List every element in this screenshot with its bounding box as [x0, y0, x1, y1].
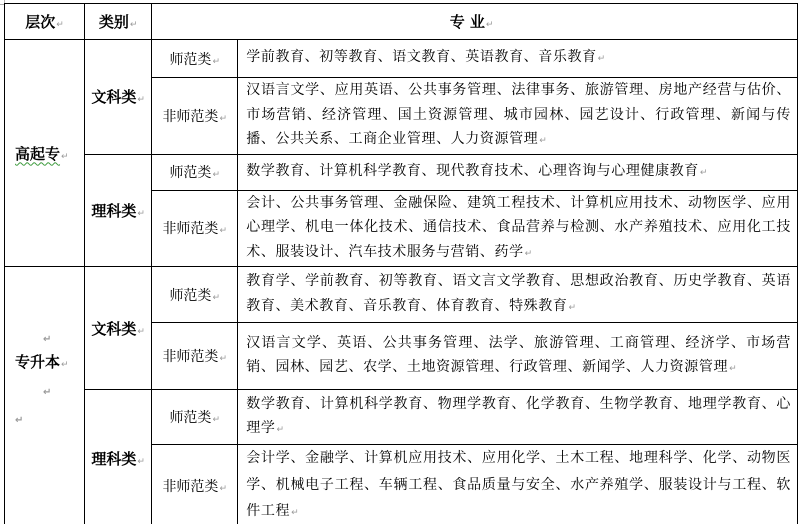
group-type-cell: 非师范类↵ — [152, 78, 238, 155]
paragraph-mark-icon: ↵ — [212, 415, 220, 425]
paragraph-mark-icon: ↵ — [276, 425, 284, 435]
group-type-cell: 师范类↵ — [152, 390, 238, 445]
paragraph-mark-icon: ↵ — [212, 57, 220, 67]
paragraph-mark-icon: ↵ — [291, 508, 299, 518]
table-row: 高起专↵ 文科类↵ 师范类↵ 学前教育、初等教育、语文教育、英语教育、音乐教育↵ — [5, 40, 798, 78]
header-majors: 专 业↵ — [152, 4, 798, 40]
paragraph-mark-icon: ↵ — [219, 114, 227, 124]
group-type-cell: 师范类↵ — [152, 40, 238, 78]
category-cell: 文科类↵ — [85, 40, 152, 155]
paragraph-mark-icon: ↵ — [15, 382, 84, 404]
majors-cell: 数学教育、计算机科学教育、现代教育技术、心理咨询与心理健康教育↵ — [238, 154, 798, 190]
paragraph-mark-icon: ↵ — [212, 293, 220, 303]
level-cell-zhuanshengben: ↵ 专升本↵ ↵ ↵ — [5, 267, 85, 524]
group-type-cell: 非师范类↵ — [152, 445, 238, 524]
paragraph-mark-icon: ↵ — [568, 303, 576, 313]
paragraph-mark-icon: ↵ — [61, 360, 69, 370]
paragraph-mark-icon: ↵ — [219, 226, 227, 236]
paragraph-mark-icon: ↵ — [700, 168, 708, 178]
table-row: ↵ 专升本↵ ↵ ↵ 文科类↵ 师范类↵ 教育学、学前教育、初等教育、语文言文学… — [5, 267, 798, 323]
majors-cell: 会计、公共事务管理、金融保险、建筑工程技术、计算机应用技术、动物医学、应用心理学… — [238, 190, 798, 267]
paragraph-mark-icon: ↵ — [15, 329, 84, 351]
majors-cell: 学前教育、初等教育、语文教育、英语教育、音乐教育↵ — [238, 40, 798, 78]
header-level: 层次↵ — [5, 4, 85, 40]
group-type-cell: 非师范类↵ — [152, 190, 238, 267]
header-row: 层次↵ 类别↵ 专 业↵ — [5, 4, 798, 40]
paragraph-mark-icon: ↵ — [219, 484, 227, 494]
paragraph-mark-icon: ↵ — [212, 170, 220, 180]
paragraph-mark-icon: ↵ — [729, 364, 737, 374]
majors-cell: 教育学、学前教育、初等教育、语文言文学教育、思想政治教育、历史学教育、英语教育、… — [238, 267, 798, 323]
majors-cell: 会计学、金融学、计算机应用技术、应用化学、土木工程、地理科学、化学、动物医学、机… — [238, 445, 798, 524]
paragraph-mark-icon: ↵ — [130, 20, 138, 30]
table-row: 理科类↵ 师范类↵ 数学教育、计算机科学教育、物理学教育、化学教育、生物学教育、… — [5, 390, 798, 445]
level-cell-gaoqizhuan: 高起专↵ — [5, 40, 85, 267]
table-row: 理科类↵ 师范类↵ 数学教育、计算机科学教育、现代教育技术、心理咨询与心理健康教… — [5, 154, 798, 190]
group-type-cell: 师范类↵ — [152, 267, 238, 323]
paragraph-mark-icon: ↵ — [15, 410, 84, 432]
paragraph-mark-icon: ↵ — [525, 249, 533, 259]
category-cell: 理科类↵ — [85, 390, 152, 524]
paragraph-mark-icon: ↵ — [137, 327, 145, 337]
paragraph-mark-icon: ↵ — [219, 354, 227, 364]
paragraph-mark-icon: ↵ — [137, 457, 145, 467]
header-category: 类别↵ — [85, 4, 152, 40]
paragraph-mark-icon: ↵ — [137, 95, 145, 105]
category-cell: 文科类↵ — [85, 267, 152, 390]
paragraph-mark-icon: ↵ — [56, 20, 64, 30]
category-cell: 理科类↵ — [85, 154, 152, 267]
paragraph-mark-icon: ↵ — [598, 54, 606, 64]
group-type-cell: 非师范类↵ — [152, 323, 238, 390]
group-type-cell: 师范类↵ — [152, 154, 238, 190]
paragraph-mark-icon: ↵ — [61, 152, 69, 162]
majors-cell: 数学教育、计算机科学教育、物理学教育、化学教育、生物学教育、地理学教育、心理学↵ — [238, 390, 798, 445]
paragraph-mark-icon: ↵ — [539, 136, 547, 146]
majors-cell: 汉语言文学、英语、公共事务管理、法学、旅游管理、工商管理、经济学、市场营销、园林… — [238, 323, 798, 390]
paragraph-mark-icon: ↵ — [137, 209, 145, 219]
paragraph-mark-icon: ↵ — [486, 20, 494, 30]
majors-cell: 汉语言文学、应用英语、公共事务管理、法律事务、旅游管理、房地产经营与估价、市场营… — [238, 78, 798, 155]
majors-table: 层次↵ 类别↵ 专 业↵ 高起专↵ 文科类↵ 师范类↵ 学前教育、初等教育、语文… — [4, 3, 798, 524]
